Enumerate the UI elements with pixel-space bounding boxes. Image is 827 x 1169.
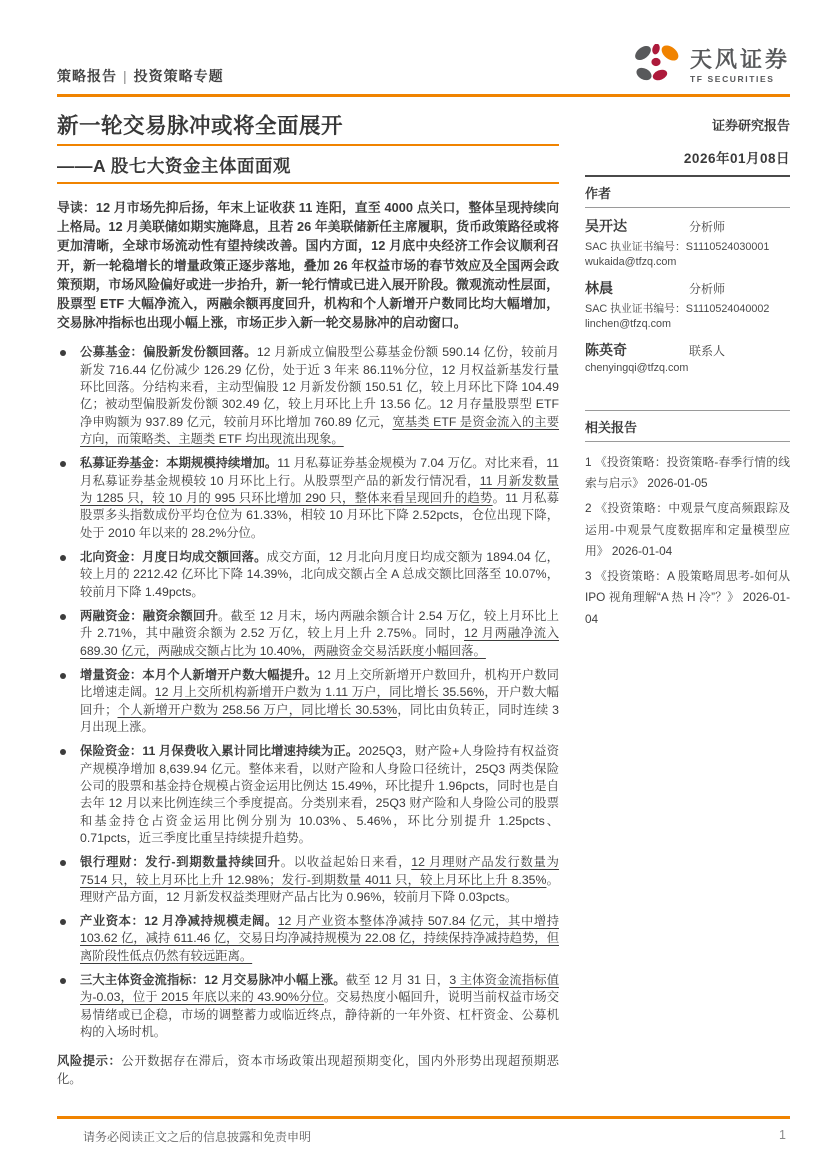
- bullet-public-funds: 公募基金：偏股新发份额回落。12 月新成立偏股型公募基金份额 590.14 亿份…: [57, 344, 559, 448]
- bullet-capital-flow-indicator: 三大主体资金流指标：12 月交易脉冲小幅上涨。截至 12 月 31 日，3 主体…: [57, 972, 559, 1041]
- related-reports-list: 1 《投资策略：投资策略-春季行情的线索与启示》 2026-01-05 2 《投…: [585, 452, 790, 630]
- content-columns: 新一轮交易脉冲或将全面展开 ——A 股七大资金主体面面观 导读：12 月市场先抑…: [57, 103, 790, 1089]
- author-email: linchen@tfzq.com: [585, 318, 790, 330]
- author-name: 吴开达: [585, 216, 689, 236]
- bullet-insurance-capital: 保险资金：11 月保费收入累计同比增速持续为正。2025Q3，财产险+人身险持有…: [57, 743, 559, 847]
- subtitle-divider: [57, 182, 559, 184]
- risk-warning: 风险提示：公开数据存在滞后，资本市场政策出现超预期变化，国内外形势出现超预期恶化…: [57, 1053, 559, 1089]
- tf-logo-flower-icon: [632, 44, 682, 88]
- author-role: 联系人: [689, 342, 725, 359]
- bullet-incremental-capital: 增量资金：本月个人新增开户数大幅提升。12 月上交所新增开户数回升，机构开户数同…: [57, 667, 559, 736]
- bullet-northbound-capital: 北向资金：月度日均成交额回落。成交方面，12 月北向月度日均成交额为 1894.…: [57, 549, 559, 601]
- logo-text: 天风证券 TF SECURITIES: [690, 48, 790, 83]
- category-label: 策略报告: [57, 68, 117, 84]
- report-date: 2026年01月08日: [585, 147, 790, 167]
- category-topic: 投资策略专题: [134, 68, 224, 84]
- author-block: 林晨 分析师 SAC 执业证书编号：S1110524040002 linchen…: [585, 278, 790, 330]
- author-email: chenyingqi@tfzq.com: [585, 362, 790, 374]
- category-separator: |: [117, 68, 134, 84]
- authors-heading: 作者: [585, 183, 790, 202]
- tf-securities-logo: 天风证券 TF SECURITIES: [632, 44, 790, 88]
- lead-paragraph: 导读：12 月市场先抑后扬，年末上证收获 11 连阳，直至 4000 点关口，整…: [57, 198, 559, 332]
- related-divider-top: [585, 410, 790, 411]
- author-block: 陈英奇 联系人 chenyingqi@tfzq.com: [585, 340, 790, 374]
- related-divider-bottom: [585, 441, 790, 442]
- author-role: 分析师: [689, 218, 725, 235]
- header-divider: [57, 94, 790, 97]
- report-title: 新一轮交易脉冲或将全面展开: [57, 109, 559, 140]
- sidebar-spacer: [585, 384, 790, 410]
- author-block: 吴开达 分析师 SAC 执业证书编号：S1110524030001 wukaid…: [585, 216, 790, 268]
- report-subtitle: ——A 股七大资金主体面面观: [57, 153, 559, 178]
- page-header: 策略报告|投资策略专题 天风证券 TF SECURITIES: [57, 44, 790, 90]
- report-type-label: 证券研究报告: [585, 115, 790, 134]
- logo-name-cn: 天风证券: [690, 48, 790, 71]
- related-report-item: 2 《投资策略：中观景气度高频跟踪及运用-中观景气度数据库和定量模型应用》 20…: [585, 498, 790, 562]
- related-reports-heading: 相关报告: [585, 417, 790, 436]
- author-cert: SAC 执业证书编号：S1110524040002: [585, 301, 790, 316]
- footer-divider: [57, 1116, 790, 1119]
- bullet-industrial-capital: 产业资本：12 月净减持规模走阔。12 月产业资本整体净减持 507.84 亿元…: [57, 913, 559, 965]
- author-role: 分析师: [689, 280, 725, 297]
- author-email: wukaida@tfzq.com: [585, 256, 790, 268]
- logo-name-en: TF SECURITIES: [690, 74, 790, 84]
- bullet-private-funds: 私募证券基金：本期规模持续增加。11 月私募证券基金规模为 7.04 万亿。对比…: [57, 455, 559, 542]
- page-number: 1: [779, 1128, 790, 1145]
- related-report-item: 1 《投资策略：投资策略-春季行情的线索与启示》 2026-01-05: [585, 452, 790, 494]
- report-page: 策略报告|投资策略专题 天风证券 TF SECURITIES 新一轮交易脉冲或将…: [0, 0, 827, 1169]
- related-report-item: 3 《投资策略：A 股策略周思考-如何从 IPO 视角理解“A 热 H 冷”？》…: [585, 566, 790, 630]
- author-cert: SAC 执业证书编号：S1110524030001: [585, 239, 790, 254]
- author-name: 林晨: [585, 278, 689, 298]
- report-category: 策略报告|投资策略专题: [57, 66, 224, 90]
- title-divider: [57, 144, 559, 146]
- bullet-bank-wealth: 银行理财：发行-到期数量持续回升。以收益起始日来看，12 月理财产品发行数量为 …: [57, 854, 559, 906]
- summary-bullet-list: 公募基金：偏股新发份额回落。12 月新成立偏股型公募基金份额 590.14 亿份…: [57, 344, 559, 1041]
- authors-divider: [585, 207, 790, 208]
- main-column: 新一轮交易脉冲或将全面展开 ——A 股七大资金主体面面观 导读：12 月市场先抑…: [57, 103, 559, 1089]
- sidebar-divider-dark: [585, 175, 790, 177]
- author-name: 陈英奇: [585, 340, 689, 360]
- footer-disclaimer: 请务必阅读正文之后的信息披露和免责申明: [57, 1128, 311, 1145]
- page-footer: 请务必阅读正文之后的信息披露和免责申明 1: [57, 1116, 790, 1145]
- sidebar-column: 证券研究报告 2026年01月08日 作者 吴开达 分析师 SAC 执业证书编号…: [585, 103, 790, 1089]
- bullet-margin-trading: 两融资金：融资余额回升。截至 12 月末，场内两融余额合计 2.54 万亿，较上…: [57, 608, 559, 660]
